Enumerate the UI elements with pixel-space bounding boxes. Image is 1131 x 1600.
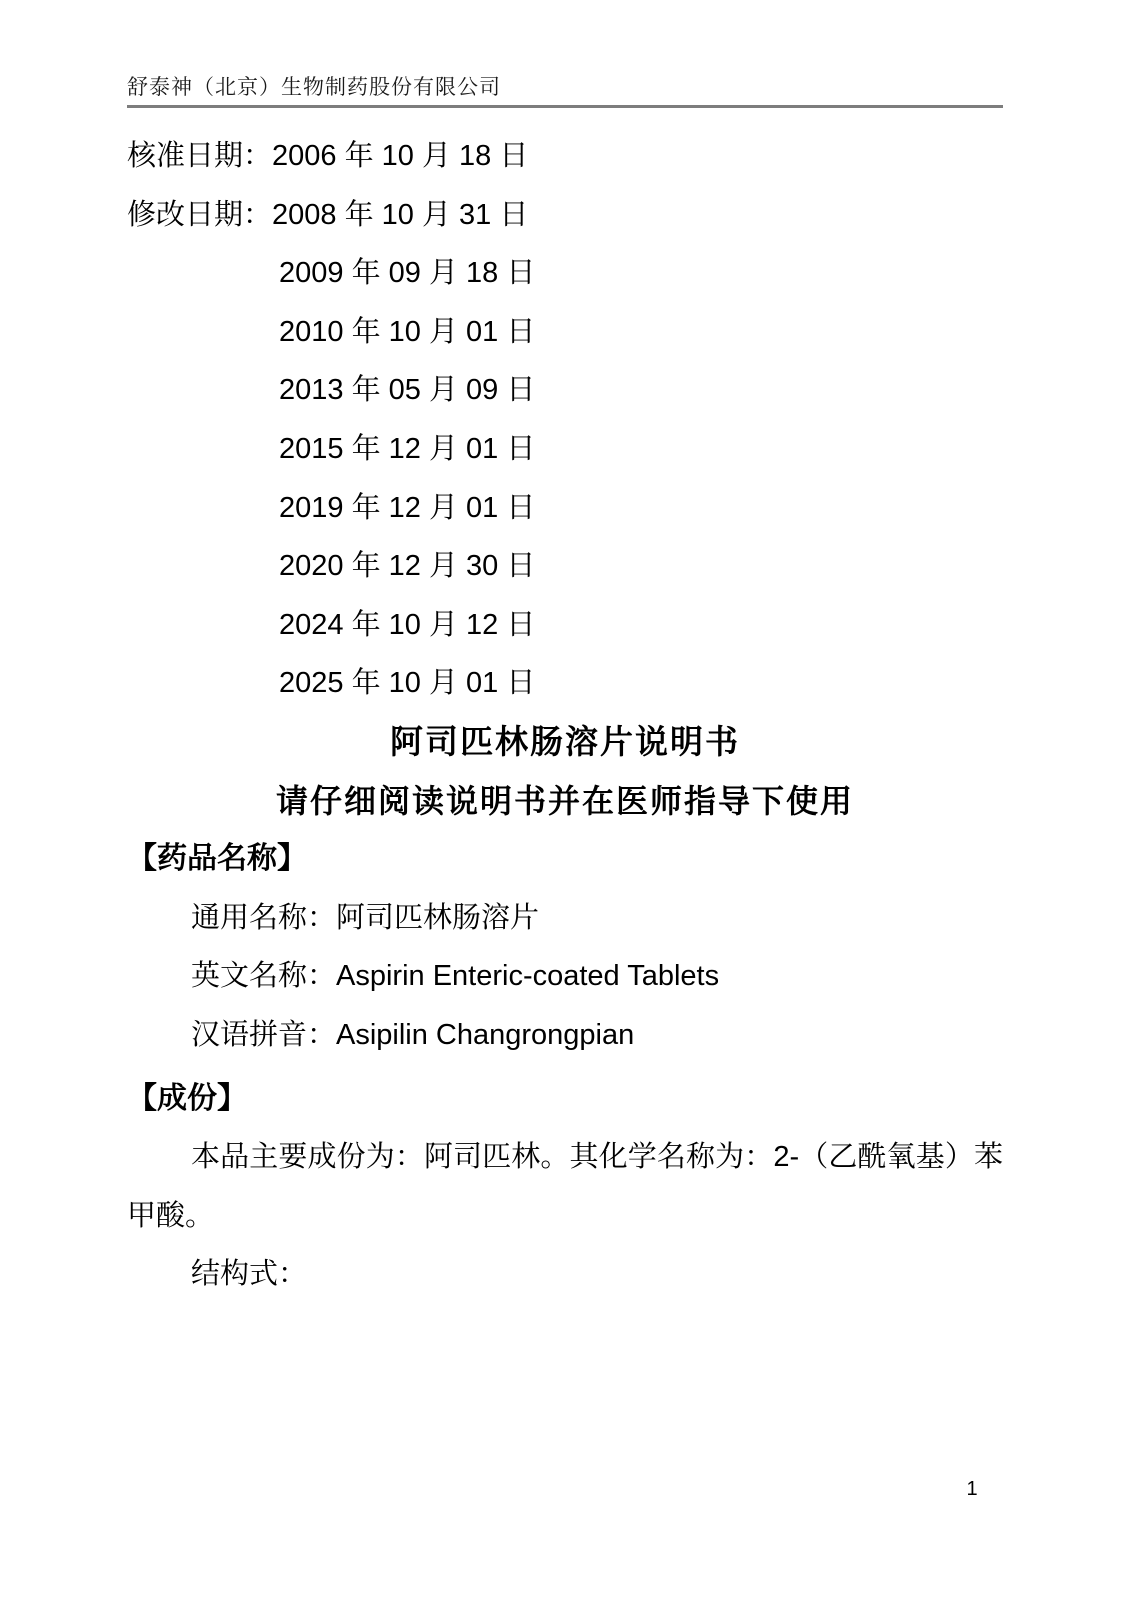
pinyin-name-line: 汉语拼音：Asipilin Changrongpian (127, 1006, 1003, 1065)
revision-history-line: 2019 年 12 月 01 日 (127, 479, 1003, 538)
structure-formula-label: 结构式： (127, 1245, 1003, 1304)
header-divider (127, 105, 1003, 108)
section-heading-composition: 【成份】 (127, 1070, 1003, 1129)
approval-date-value: 2006 年 10 月 18 日 (272, 140, 528, 172)
revision-history-line: 2024 年 10 月 12 日 (127, 596, 1003, 655)
approval-date-line: 核准日期：2006 年 10 月 18 日 (127, 127, 1003, 186)
revision-date-line: 修改日期：2008 年 10 月 31 日 (127, 186, 1003, 245)
page-header: 舒泰神（北京）生物制药股份有限公司 (127, 76, 1003, 108)
english-name-line: 英文名称：Aspirin Enteric-coated Tablets (127, 947, 1003, 1006)
document-page: 舒泰神（北京）生物制药股份有限公司 核准日期：2006 年 10 月 18 日 … (0, 0, 1131, 1600)
page-number: 1 (958, 1477, 986, 1501)
revision-history-line: 2013 年 05 月 09 日 (127, 361, 1003, 420)
document-subtitle: 请仔细阅读说明书并在医师指导下使用 (127, 772, 1003, 831)
document-title: 阿司匹林肠溶片说明书 (127, 713, 1003, 772)
generic-name-line: 通用名称：阿司匹林肠溶片 (127, 889, 1003, 948)
revision-date-label: 修改日期： (127, 199, 272, 231)
composition-description: 本品主要成份为：阿司匹林。其化学名称为：2-（乙酰氧基）苯甲酸。 (127, 1128, 1003, 1245)
revision-history-line: 2010 年 10 月 01 日 (127, 303, 1003, 362)
company-name: 舒泰神（北京）生物制药股份有限公司 (127, 76, 1003, 100)
revision-history-line: 2025 年 10 月 01 日 (127, 654, 1003, 713)
approval-date-label: 核准日期： (127, 140, 272, 172)
revision-history-line: 2020 年 12 月 30 日 (127, 537, 1003, 596)
revision-history-line: 2009 年 09 月 18 日 (127, 244, 1003, 303)
section-heading-drug-name: 【药品名称】 (127, 830, 1003, 889)
revision-date-value: 2008 年 10 月 31 日 (272, 199, 528, 231)
revision-history-line: 2015 年 12 月 01 日 (127, 420, 1003, 479)
document-body: 核准日期：2006 年 10 月 18 日 修改日期：2008 年 10 月 3… (127, 127, 1003, 1304)
